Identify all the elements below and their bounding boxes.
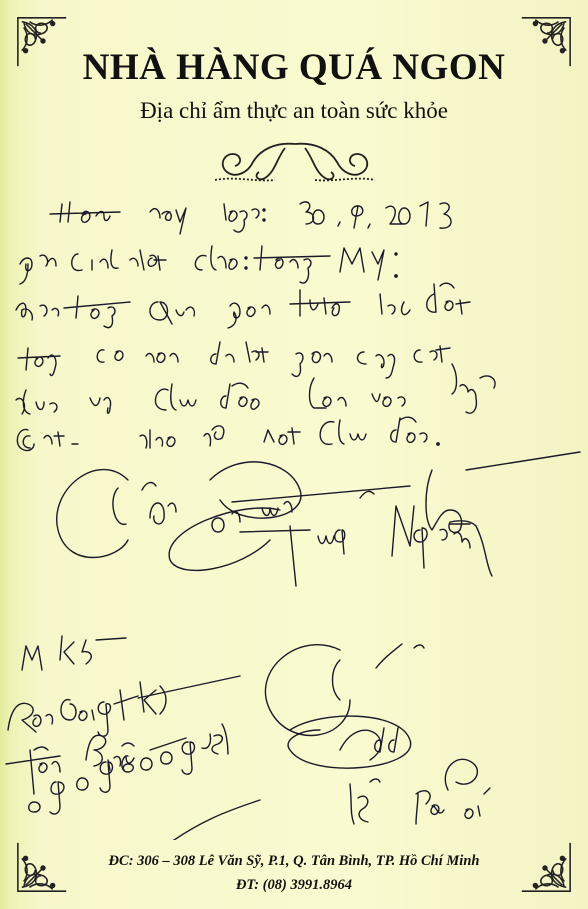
footer-phone: ĐT: (08) 3991.8964	[0, 877, 588, 894]
footer-address: ĐC: 306 – 308 Lê Văn Sỹ, P.1, Q. Tân Bìn…	[0, 853, 588, 870]
restaurant-tagline: Địa chỉ ẩm thực an toàn sức khỏe	[0, 98, 588, 124]
flourish-divider-icon	[205, 136, 385, 186]
handwritten-message: Hôm nay ngày: 30.9.2013 ngày sinh nhật c…	[0, 190, 588, 840]
guestbook-page: NHÀ HÀNG QUÁ NGON Địa chỉ ẩm thực an toà…	[0, 0, 588, 909]
restaurant-title: NHÀ HÀNG QUÁ NGON	[0, 46, 588, 89]
